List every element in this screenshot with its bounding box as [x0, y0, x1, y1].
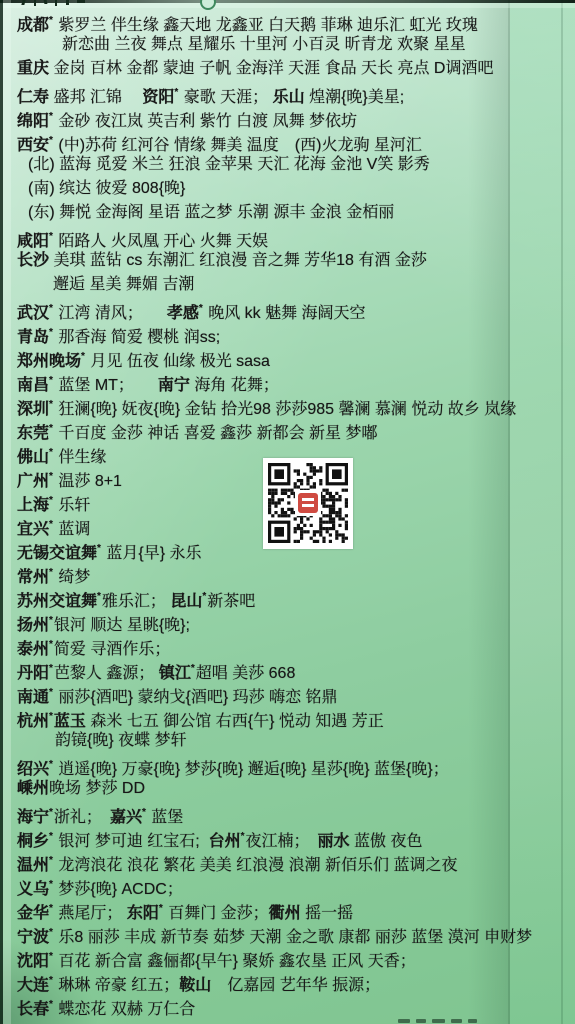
city-name: 仁寿 [17, 89, 49, 106]
city-name: 绵阳 [17, 113, 49, 130]
city-name: 乐山 [273, 89, 305, 106]
city-name: 嵊州 [17, 780, 49, 797]
cutoff-text-fragment-bottom [398, 1019, 498, 1024]
city-name: 东阳 [127, 905, 159, 922]
venue-names: 龙湾浪花 浪花 繁花 美美 红浪漫 浪潮 新佰乐们 蓝调之夜 [54, 857, 458, 874]
city-name: 嘉兴 [110, 809, 142, 826]
list-line: 韵镜{晚} 夜蝶 梦轩 [0, 729, 575, 753]
city-name: 上海 [17, 497, 49, 514]
venue-names: 海角 花舞； [190, 377, 279, 394]
list-line: (北) 蓝海 觅爱 米兰 狂浪 金苹果 天汇 花海 金池 V笑 影秀 [0, 153, 575, 177]
cutoff-text-fragment-top [22, 0, 212, 7]
list-line: 青岛* 那香海 简爱 樱桃 润ss; [0, 321, 575, 345]
venue-names: 乐轩 [54, 497, 90, 514]
list-line: 扬州*银河 顺达 星眺{晚}; [0, 609, 575, 633]
list-line: 温州* 龙湾浪花 浪花 繁花 美美 红浪漫 浪潮 新佰乐们 蓝调之夜 [0, 849, 575, 873]
list-line: 苏州交谊舞*雅乐汇； 昆山*新茶吧 [0, 585, 575, 609]
venue-names: 夜江楠； [246, 833, 318, 850]
city-name: 桐乡 [17, 833, 49, 850]
venue-names: 江湾 清风； [54, 305, 167, 322]
city-name: 温州 [17, 857, 49, 874]
list-line: 咸阳* 陌路人 火凤凰 开心 火舞 天娱 [0, 225, 575, 249]
venue-names: 琳琳 帝豪 红五； [54, 977, 179, 994]
venue-names: 月见 伍夜 仙缘 极光 sasa [86, 353, 270, 370]
list-line: 丹阳*芭黎人 鑫源； 镇江*超唱 美莎 668 [0, 657, 575, 681]
venue-names: 森米 七五 御公馆 右西{午} 悦动 知遇 芳正 [86, 713, 384, 730]
city-name: 武汉 [17, 305, 49, 322]
list-line: 桐乡* 银河 梦可迪 红宝石; 台州*夜江楠； 丽水 蓝傲 夜色 [0, 825, 575, 849]
city-name: 大连 [17, 977, 49, 994]
list-line: 东莞* 千百度 金莎 神话 喜爱 鑫莎 新都会 新星 梦嘟 [0, 417, 575, 441]
venue-names: 浙礼； [54, 809, 110, 826]
venue-names: 蝶恋花 双赫 万仁合 [54, 1001, 195, 1018]
list-line: 泰州*简爱 寻酒作乐； [0, 633, 575, 657]
city-name: 昆山 [170, 593, 202, 610]
venue-names: 乐8 丽莎 丰成 新节奏 茹梦 天潮 金之歌 康都 丽莎 蓝堡 漠河 申财梦 [54, 929, 532, 946]
city-name: 丹阳 [17, 665, 49, 682]
list-line: 嵊州晚场 梦莎 DD [0, 777, 575, 801]
qr-code [263, 458, 353, 549]
list-line: 金华* 燕尾厅； 东阳* 百舞门 金莎；衢州 摇一摇 [0, 897, 575, 921]
list-line: (南) 缤达 彼爱 808{晚} [0, 177, 575, 201]
venue-names: 蓝傲 夜色 [350, 833, 423, 850]
city-name: 成都 [17, 17, 49, 34]
venue-names: 金砂 夜江岚 英吉利 紫竹 白渡 凤舞 梦依坊 [54, 113, 357, 130]
venue-names: (北) 蓝海 觅爱 米兰 狂浪 金苹果 天汇 花海 金池 V笑 影秀 [28, 156, 430, 173]
list-line: 长沙 美琪 蓝钻 cs 东潮汇 红浪漫 音之舞 芳华18 有酒 金莎 [0, 249, 575, 273]
venue-names: 晚风 kk 魅舞 海阔天空 [204, 305, 366, 322]
city-name: 东莞 [17, 425, 49, 442]
venue-names: 蓝堡 MT； [54, 377, 158, 394]
city-name: 佛山 [17, 449, 49, 466]
venue-names: 豪歌 天涯； [179, 89, 272, 106]
list-line: 绍兴* 逍遥{晚} 万豪{晚} 梦莎{晚} 邂逅{晚} 星莎{晚} 蓝堡{晚}； [0, 753, 575, 777]
list-line: 杭州*蓝玉 森米 七五 御公馆 右西{午} 悦动 知遇 芳正 [0, 705, 575, 729]
list-line: 常州* 绮梦 [0, 561, 575, 585]
venue-names: 蓝调 [54, 521, 90, 538]
list-line: 成都* 紫罗兰 伴生缘 鑫天地 龙鑫亚 白天鹅 菲琳 迪乐汇 虹光 玫瑰 [0, 9, 575, 33]
list-line: 南通* 丽莎{酒吧} 蒙纳戈{酒吧} 玛莎 嗨恋 铭鼎 [0, 681, 575, 705]
venue-names: 新恋曲 兰夜 舞点 星耀乐 十里河 小百灵 昕青龙 欢聚 星星 [62, 36, 466, 53]
list-line: 深圳* 狂澜{晚} 妩夜{晚} 金钻 拾光98 莎莎985 馨澜 慕澜 悦动 故… [0, 393, 575, 417]
venue-names: 百花 新合富 鑫俪都{早午} 聚娇 鑫农垦 正风 天香； [54, 953, 416, 970]
list-line: 沈阳* 百花 新合富 鑫俪都{早午} 聚娇 鑫农垦 正风 天香； [0, 945, 575, 969]
city-name: 无锡交谊舞 [17, 545, 97, 562]
venue-names: 新茶吧 [207, 593, 255, 610]
venue-names: 摇一摇 [301, 905, 353, 922]
city-name: 广州 [17, 473, 49, 490]
city-name: 金华 [17, 905, 49, 922]
city-name: 常州 [17, 569, 49, 586]
list-line: 大连* 琳琳 帝豪 红五；鞍山 亿嘉园 艺年华 振源； [0, 969, 575, 993]
venue-names: 狂澜{晚} 妩夜{晚} 金钻 拾光98 莎莎985 馨澜 慕澜 悦动 故乡 岚缘 [54, 401, 516, 418]
city-name: 杭州 [17, 713, 49, 730]
city-name: 青岛 [17, 329, 49, 346]
venue-names: 温莎 8+1 [54, 473, 122, 490]
city-name: 苏州交谊舞 [17, 593, 97, 610]
venue-names: (南) 缤达 彼爱 808{晚} [28, 180, 185, 197]
list-line: 绵阳* 金砂 夜江岚 英吉利 紫竹 白渡 凤舞 梦依坊 [0, 105, 575, 129]
city-name: 南昌 [17, 377, 49, 394]
city-name: 南通 [17, 689, 49, 706]
qr-pattern [268, 463, 348, 543]
city-name: 义乌 [17, 881, 49, 898]
venue-names: 韵镜{晚} 夜蝶 梦轩 [55, 732, 187, 749]
venue-names: 邂逅 星美 舞媚 吉潮 [53, 276, 194, 293]
city-name: 镇江 [159, 665, 191, 682]
city-name: 台州 [209, 833, 241, 850]
list-line: 新恋曲 兰夜 舞点 星耀乐 十里河 小百灵 昕青龙 欢聚 星星 [0, 33, 575, 57]
list-line: 重庆 金岗 百林 金都 蒙迪 子帆 金海洋 天涯 食品 天长 亮点 D调酒吧 [0, 57, 575, 81]
list-line: 仁寿 盛邦 汇锦 资阳* 豪歌 天涯； 乐山 煌潮{晚}美星; [0, 81, 575, 105]
venue-names: 亿嘉园 艺年华 振源； [211, 977, 380, 994]
venue-names: 金岗 百林 金都 蒙迪 子帆 金海洋 天涯 食品 天长 亮点 D调酒吧 [49, 60, 493, 77]
city-name: 丽水 [318, 833, 350, 850]
city-name: 泰州 [17, 641, 49, 658]
city-name: 资阳 [142, 89, 174, 106]
venue-names: 盛邦 汇锦 [49, 89, 142, 106]
city-name: 深圳 [17, 401, 49, 418]
list-line: (东) 舞悦 金海阁 星语 蓝之梦 乐潮 源丰 金浪 金栢丽 [0, 201, 575, 225]
venue-names: 千百度 金莎 神话 喜爱 鑫莎 新都会 新星 梦嘟 [54, 425, 378, 442]
venue-names: 那香海 简爱 樱桃 润ss; [54, 329, 220, 346]
list-line: 长春* 蝶恋花 双赫 万仁合 [0, 993, 575, 1017]
venue-names: 蓝月{早} 永乐 [102, 545, 202, 562]
venue-names: 燕尾厅； [54, 905, 127, 922]
city-name: 孝感 [167, 305, 199, 322]
venue-names: 梦莎{晚} ACDC； [54, 881, 183, 898]
list-line: 宁波* 乐8 丽莎 丰成 新节奏 茹梦 天潮 金之歌 康都 丽莎 蓝堡 漠河 申… [0, 921, 575, 945]
city-name: 宁波 [17, 929, 49, 946]
city-name: 郑州晚场 [17, 353, 81, 370]
city-name: 咸阳 [17, 233, 49, 250]
list-line: 西安* (中)苏荷 红河谷 情缘 舞美 温度 (西)火龙驹 星河汇 [0, 129, 575, 153]
venue-names: 陌路人 火凤凰 开心 火舞 天娱 [54, 233, 268, 250]
list-line: 海宁*浙礼； 嘉兴* 蓝堡 [0, 801, 575, 825]
city-name: 绍兴 [17, 761, 49, 778]
city-name: 海宁 [17, 809, 49, 826]
photographed-venue-list-page: 成都* 紫罗兰 伴生缘 鑫天地 龙鑫亚 白天鹅 菲琳 迪乐汇 虹光 玫瑰新恋曲 … [0, 0, 575, 1024]
city-name: 西安 [17, 137, 49, 154]
venue-names: (东) 舞悦 金海阁 星语 蓝之梦 乐潮 源丰 金浪 金栢丽 [28, 204, 394, 221]
venue-names: 超唱 美莎 668 [196, 665, 296, 682]
venue-names: 雅乐汇； [102, 593, 170, 610]
venue-names: 美琪 蓝钻 cs 东潮汇 红浪漫 音之舞 芳华18 有酒 金莎 [49, 252, 427, 269]
venue-names: 煌潮{晚}美星; [305, 89, 405, 106]
venue-names: 简爱 寻酒作乐； [54, 641, 170, 658]
city-name: 扬州 [17, 617, 49, 634]
venue-names: 百舞门 金莎； [164, 905, 269, 922]
venue-names: 晚场 梦莎 DD [49, 780, 145, 797]
city-name: 沈阳 [17, 953, 49, 970]
city-name: 重庆 [17, 60, 49, 77]
city-name: 鞍山 [179, 977, 211, 994]
list-line: 义乌* 梦莎{晚} ACDC； [0, 873, 575, 897]
city-name: 南宁 [158, 377, 190, 394]
venue-names: 绮梦 [54, 569, 90, 586]
venue-names: 银河 顺达 星眺{晚}; [54, 617, 190, 634]
venue-names: 紫罗兰 伴生缘 鑫天地 龙鑫亚 白天鹅 菲琳 迪乐汇 虹光 玫瑰 [54, 17, 478, 34]
venue-names: 银河 梦可迪 红宝石; [54, 833, 209, 850]
venue-names: 伴生缘 [54, 449, 106, 466]
list-line: 邂逅 星美 舞媚 吉潮 [0, 273, 575, 297]
list-line: 武汉* 江湾 清风； 孝感* 晚风 kk 魅舞 海阔天空 [0, 297, 575, 321]
venue-names: 芭黎人 鑫源； [54, 665, 159, 682]
venue-names: 逍遥{晚} 万豪{晚} 梦莎{晚} 邂逅{晚} 星莎{晚} 蓝堡{晚}； [54, 761, 449, 778]
city-name: 衢州 [269, 905, 301, 922]
list-line: 南昌* 蓝堡 MT； 南宁 海角 花舞； [0, 369, 575, 393]
venue-names: 蓝堡 [147, 809, 183, 826]
venue-names: (中)苏荷 红河谷 情缘 舞美 温度 (西)火龙驹 星河汇 [54, 137, 422, 154]
city-name: 蓝玉 [54, 713, 86, 730]
city-name: 宜兴 [17, 521, 49, 538]
city-name: 长春 [17, 1001, 49, 1018]
list-line: 郑州晚场* 月见 伍夜 仙缘 极光 sasa [0, 345, 575, 369]
city-name: 长沙 [17, 252, 49, 269]
venue-names: 丽莎{酒吧} 蒙纳戈{酒吧} 玛莎 嗨恋 铭鼎 [54, 689, 338, 706]
